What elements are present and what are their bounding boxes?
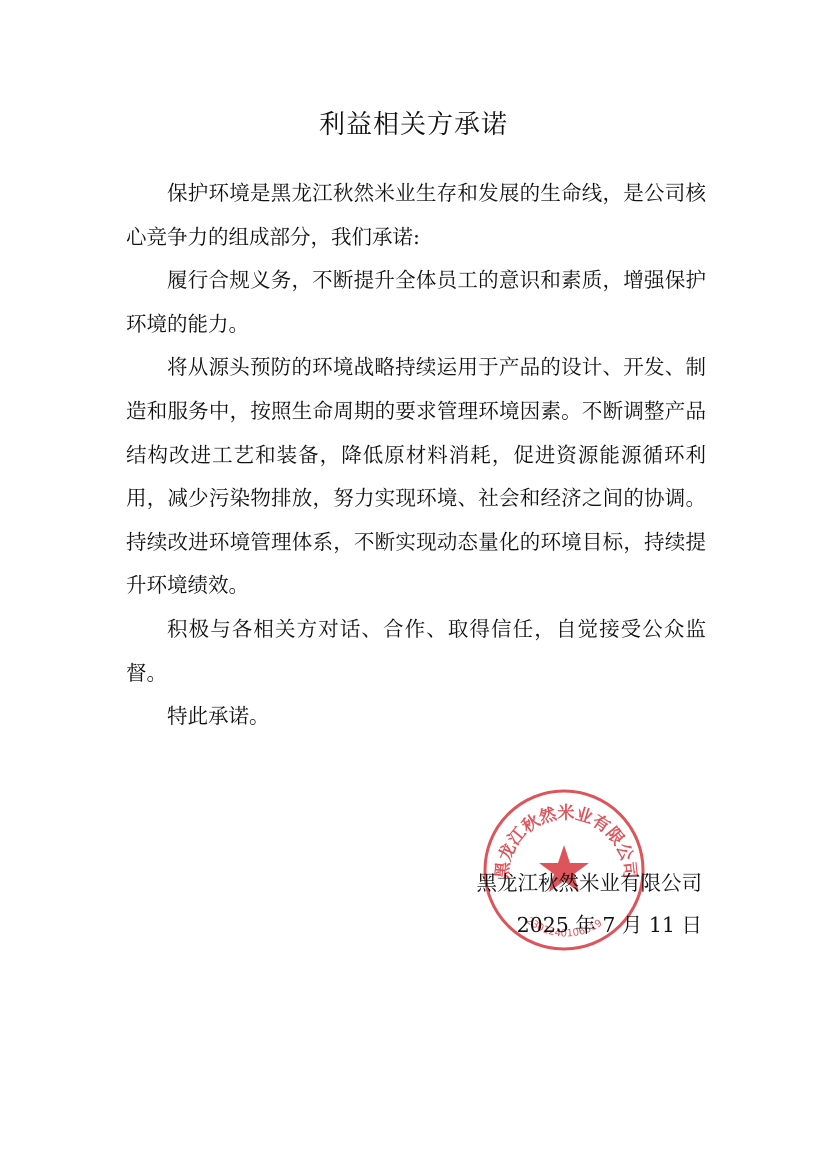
document-page: 利益相关方承诺 保护环境是黑龙江秋然米业生存和发展的生命线，是公司核心竞争力的组… — [0, 0, 827, 1169]
paragraph-strategy: 将从源头预防的环境战略持续运用于产品的设计、开发、制造和服务中，按照生命周期的要… — [126, 346, 706, 608]
document-title: 利益相关方承诺 — [0, 104, 827, 141]
star-icon — [539, 845, 589, 892]
paragraph-dialogue: 积极与各相关方对话、合作、取得信任，自觉接受公众监督。 — [126, 608, 706, 695]
company-seal-stamp-icon: 黑龙江秋然米业有限公司 2301240106619 — [481, 787, 647, 953]
seal-number: 2301240106619 — [524, 915, 604, 939]
paragraph-closing: 特此承诺。 — [126, 695, 706, 739]
svg-text:2301240106619: 2301240106619 — [524, 915, 604, 939]
document-body: 保护环境是黑龙江秋然米业生存和发展的生命线，是公司核心竞争力的组成部分，我们承诺… — [126, 172, 706, 739]
paragraph-compliance: 履行合规义务，不断提升全体员工的意识和素质，增强保护环境的能力。 — [126, 259, 706, 346]
paragraph-intro: 保护环境是黑龙江秋然米业生存和发展的生命线，是公司核心竞争力的组成部分，我们承诺… — [126, 172, 706, 259]
